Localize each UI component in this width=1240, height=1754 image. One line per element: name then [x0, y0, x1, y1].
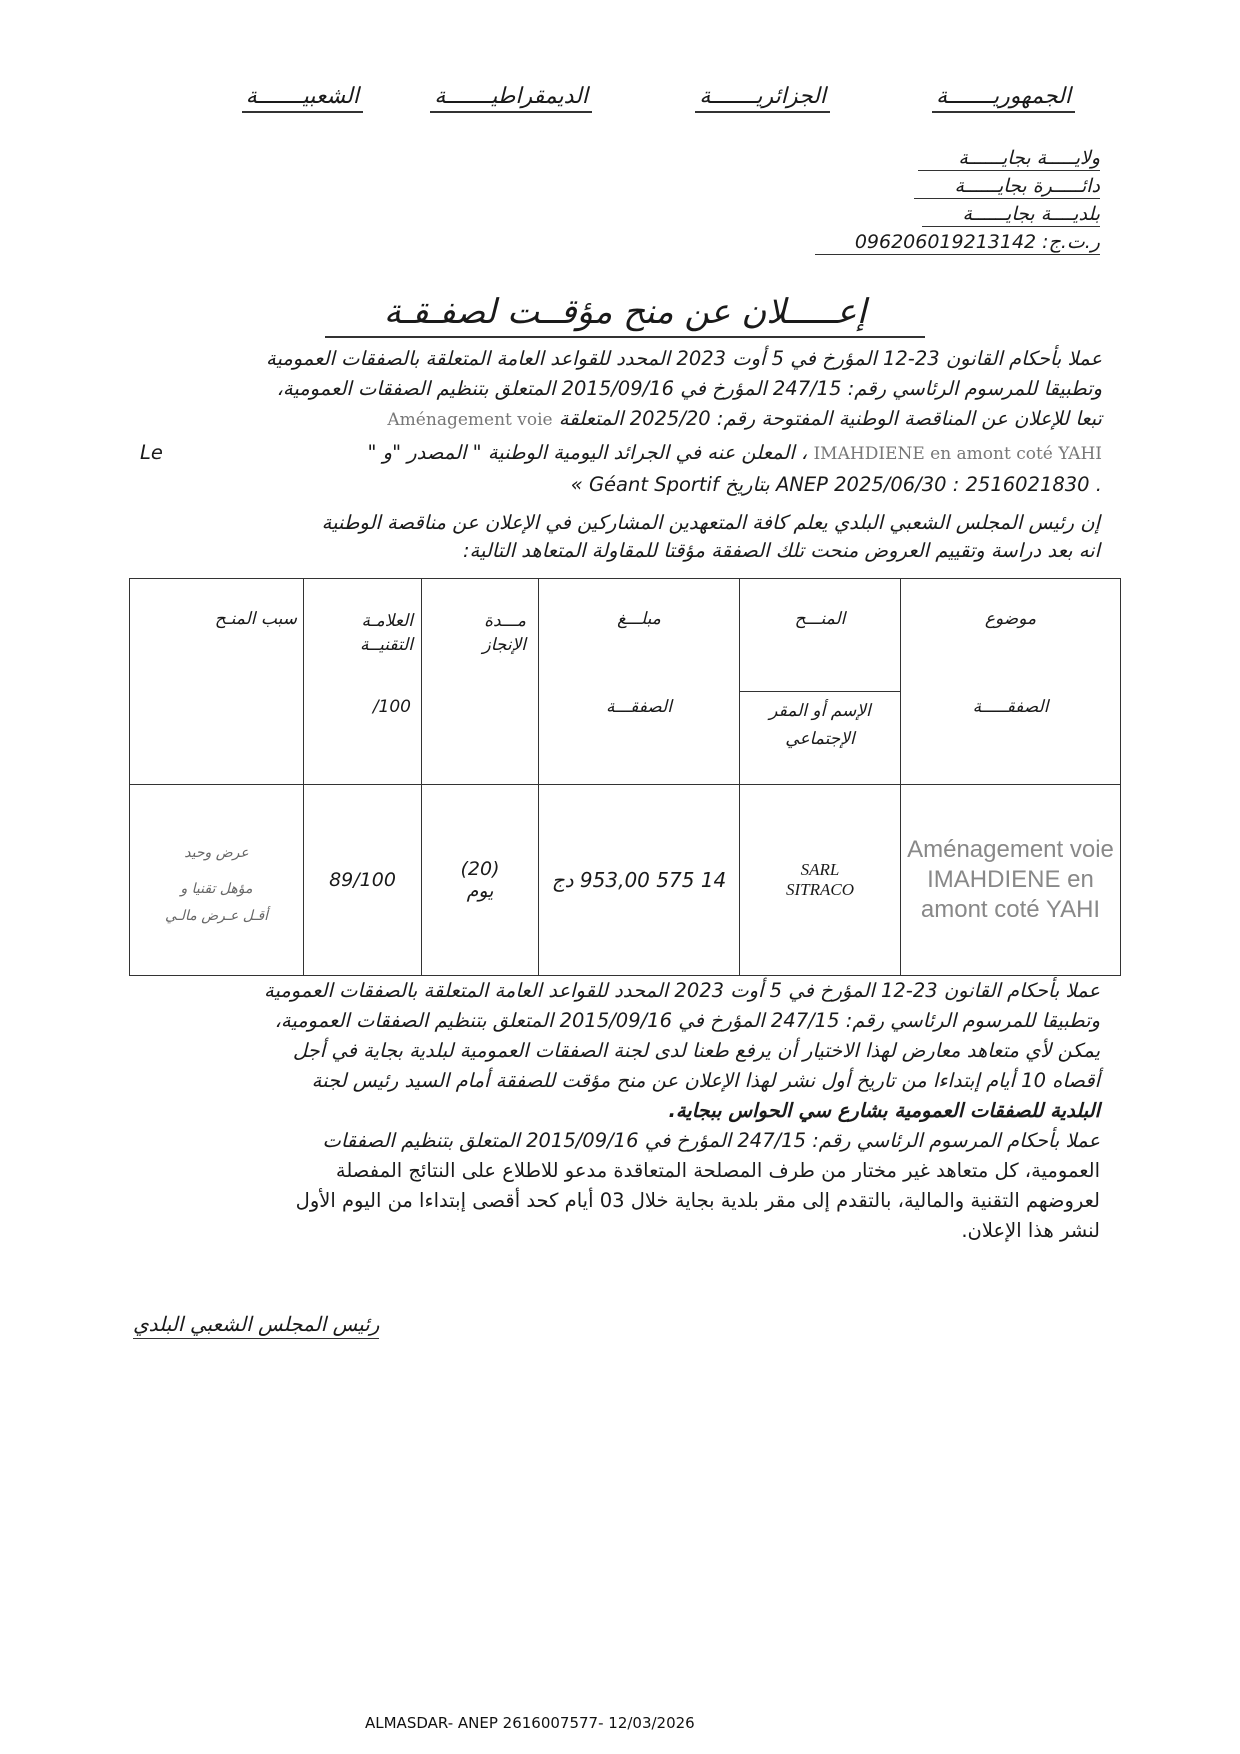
- legal-line-3: يمكن لأي متعاهد معارض لهذا الاختيار أن ي…: [293, 1038, 1100, 1064]
- reason-line-3: أقـل عـرض مالـي: [130, 907, 303, 925]
- header-word-democratic: الديمقراطيـــــــة: [430, 84, 592, 113]
- header-amount: مبلـــغ الصفقـــة: [539, 579, 740, 785]
- header-word-algerian: الجزائريـــــــة: [695, 84, 830, 113]
- header-subject-bottom: الصفقـــــة: [901, 697, 1120, 717]
- header-awardee-bottom: الإسم أو المقر الإجتماعي: [740, 697, 900, 753]
- header-subject-top: موضوع: [901, 609, 1120, 629]
- header-amount-bottom: الصفقـــة: [539, 697, 739, 717]
- header-reason: سبب المنـح: [130, 579, 304, 785]
- intro-line-5: . 2516021830 : ANEP 2025/06/30 بتاريخ Gé…: [571, 472, 1102, 498]
- header-score-bottom: /100: [304, 697, 421, 717]
- table-row: Aménagement voie IMAHDIENE en amont coté…: [130, 785, 1121, 976]
- wilaya-label: ولايـــــة بجايــــــة: [918, 146, 1100, 171]
- legal-line-8: لعروضهم التقنية والمالية، بالتقدم إلى مق…: [296, 1188, 1100, 1214]
- intro-line-6: إن رئيس المجلس الشعبي البلدي يعلم كافة ا…: [322, 510, 1100, 536]
- footer-reference: ALMASDAR- ANEP 2616007577- 12/03/2026: [365, 1714, 695, 1732]
- reason-line-2: مؤهل تقنيا و: [130, 871, 303, 907]
- header-duration-top: مـــدة الإنجاز: [466, 609, 532, 657]
- intro-line-3-ar: تبعا للإعلان عن المناقصة الوطنية المفتوح…: [559, 407, 1102, 430]
- duration-unit: يوم: [422, 880, 538, 902]
- intro-line-4-ar: ، المعلن عنه في الجرائد اليومية الوطنية …: [368, 441, 808, 464]
- legal-line-5: البلدية للصفقات العمومية بشارع سي الحواس…: [668, 1098, 1100, 1124]
- intro-line-7: انه بعد دراسة وتقييم العروض منحت تلك الص…: [463, 538, 1100, 564]
- legal-line-1: عملا بأحكام القانون 23-12 المؤرخ في 5 أو…: [264, 978, 1100, 1004]
- cell-reason: عرض وحيد مؤهل تقنيا و أقـل عـرض مالـي: [130, 785, 304, 976]
- header-awardee-top: المنـــح: [740, 609, 900, 629]
- cell-technical-score: 89/100: [304, 785, 422, 976]
- commune-label: بلديــــة بجايــــــة: [922, 202, 1100, 227]
- duration-number: (20): [422, 858, 538, 880]
- header-awardee: المنـــح الإسم أو المقر الإجتماعي: [740, 579, 901, 785]
- header-reason-top: سبب المنـح: [130, 609, 303, 629]
- legal-line-2: وتطبيقا للمرسوم الرئاسي رقم: 247/15 المؤ…: [275, 1008, 1100, 1034]
- intro-newspaper-le: Le: [140, 440, 163, 466]
- header-subject: موضوع الصفقـــــة: [901, 579, 1121, 785]
- table-header-row: موضوع الصفقـــــة المنـــح الإسم أو المق…: [130, 579, 1121, 785]
- intro-project-name-b: IMAHDIENE en amont coté YAHI: [813, 444, 1102, 464]
- header-duration: مـــدة الإنجاز: [422, 579, 539, 785]
- intro-line-4: IMAHDIENE en amont coté YAHI ، المعلن عن…: [368, 440, 1102, 467]
- intro-project-name-a: Aménagement voie: [387, 410, 552, 430]
- daira-label: دائـــــرة بجايــــــة: [914, 174, 1100, 199]
- cell-awardee: SARL SITRACO: [740, 785, 901, 976]
- page-title: إعـــــلان عن منح مؤقــت لصفـقـة: [325, 292, 925, 338]
- tax-id: ر.ت.ج: 096206019213142: [815, 230, 1100, 255]
- cell-subject: Aménagement voie IMAHDIENE en amont coté…: [901, 785, 1121, 976]
- header-word-popular: الشعبيـــــــة: [242, 84, 363, 113]
- intro-line-3: تبعا للإعلان عن المناقصة الوطنية المفتوح…: [387, 406, 1102, 433]
- header-amount-top: مبلـــغ: [539, 609, 739, 629]
- cell-duration: (20) يوم: [422, 785, 539, 976]
- header-technical-score: العلامـة التقنيــة /100: [304, 579, 422, 785]
- legal-line-4: أقصاه 10 أيام إبتداءا من تاريخ أول نشر ل…: [312, 1068, 1100, 1094]
- cell-amount: 14 575 953,00 دج: [539, 785, 740, 976]
- intro-line-2: وتطبيقا للمرسوم الرئاسي رقم: 247/15 المؤ…: [277, 376, 1102, 402]
- header-divider: [740, 691, 900, 692]
- header-score-top: العلامـة التقنيــة: [353, 609, 421, 657]
- legal-line-6: عملا بأحكام المرسوم الرئاسي رقم: 247/15 …: [323, 1128, 1101, 1154]
- legal-line-7: العمومية، كل متعاهد غير مختار من طرف الم…: [336, 1158, 1100, 1184]
- intro-line-1: عملا بأحكام القانون 23-12 المؤرخ في 5 أو…: [266, 346, 1102, 372]
- signature-title: رئيس المجلس الشعبي البلدي: [133, 1312, 379, 1339]
- reason-line-1: عرض وحيد: [130, 835, 303, 871]
- header-word-republic: الجمهوريـــــــة: [932, 84, 1075, 113]
- legal-line-9: لنشر هذا الإعلان.: [961, 1218, 1100, 1244]
- award-table: موضوع الصفقـــــة المنـــح الإسم أو المق…: [129, 578, 1121, 976]
